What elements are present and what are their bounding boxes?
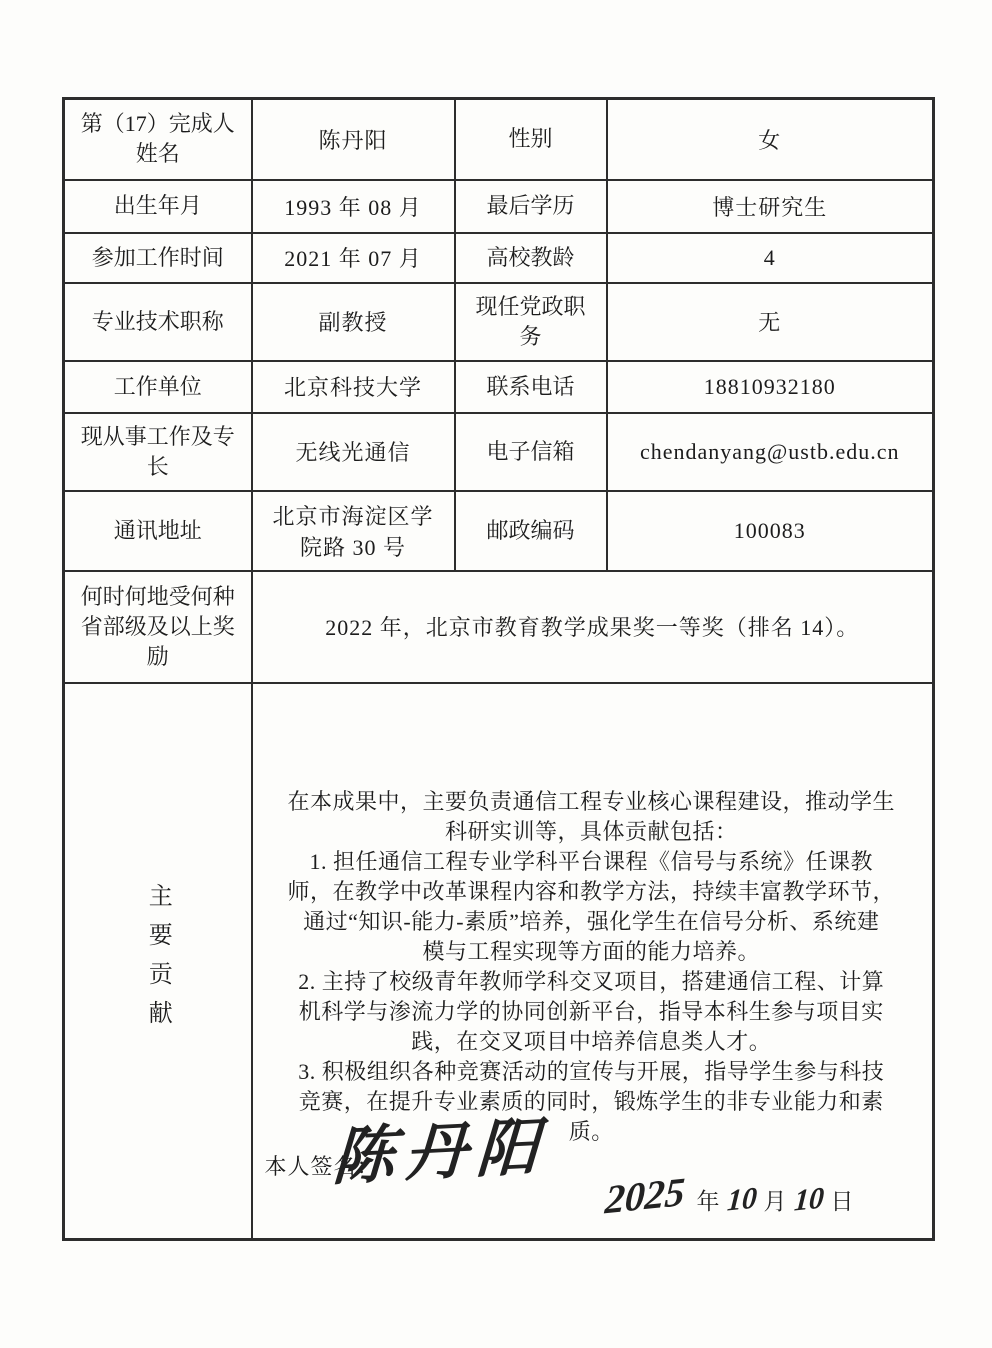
work-start-value: 2021 年 07 月 [252, 233, 455, 283]
employer-label: 工作单位 [64, 361, 252, 413]
contribution-line: 师，在教学中改革课程内容和教学方法，持续丰富教学环节， [275, 877, 909, 907]
postal-code-value: 100083 [607, 491, 934, 571]
postal-code-label: 邮政编码 [455, 491, 607, 571]
gender-label: 性别 [455, 99, 607, 180]
table-row: 专业技术职称 副教授 现任党政职务 无 [64, 283, 934, 361]
table-row: 工作单位 北京科技大学 联系电话 18810932180 [64, 361, 934, 413]
email-value: chendanyang@ustb.edu.cn [607, 413, 934, 491]
current-work-value: 无线光通信 [252, 413, 455, 491]
date-month: 10 [725, 1181, 757, 1219]
teaching-years-label: 高校教龄 [455, 233, 607, 283]
contribution-line: 在本成果中，主要负责通信工程专业核心课程建设，推动学生 [275, 787, 909, 817]
date-year: 2025 [603, 1167, 686, 1223]
birth-date-label: 出生年月 [64, 180, 252, 233]
teaching-years-value: 4 [607, 233, 934, 283]
contribution-line: 机科学与渗流力学的协同创新平台，指导本科生参与项目实 [275, 997, 909, 1027]
completer-name-value: 陈丹阳 [252, 99, 455, 180]
birth-date-value: 1993 年 08 月 [252, 180, 455, 233]
main-contribution-cell: 在本成果中，主要负责通信工程专业核心课程建设，推动学生 科研实训等，具体贡献包括… [252, 683, 934, 1240]
date-day: 10 [792, 1181, 824, 1219]
contribution-line: 1. 担任通信工程专业学科平台课程《信号与系统》任课教 [275, 847, 909, 877]
date-year-unit: 年 [697, 1189, 720, 1214]
main-contribution-text: 在本成果中，主要负责通信工程专业核心课程建设，推动学生 科研实训等，具体贡献包括… [263, 774, 923, 1147]
handwritten-signature: 陈丹阳 [330, 1096, 550, 1197]
scanned-form-page: 第（17）完成人姓名 陈丹阳 性别 女 出生年月 1993 年 08 月 最后学… [0, 0, 992, 1348]
professional-title-value: 副教授 [252, 283, 455, 361]
email-label: 电子信箱 [455, 413, 607, 491]
table-row: 参加工作时间 2021 年 07 月 高校教龄 4 [64, 233, 934, 283]
completer-name-label: 第（17）完成人姓名 [64, 99, 252, 180]
contribution-line: 通过“知识-能力-素质”培养，强化学生在信号分析、系统建 [275, 907, 909, 937]
mailing-address-label: 通讯地址 [64, 491, 252, 571]
phone-label: 联系电话 [455, 361, 607, 413]
party-position-label: 现任党政职务 [455, 283, 607, 361]
phone-value: 18810932180 [607, 361, 934, 413]
employer-value: 北京科技大学 [252, 361, 455, 413]
last-degree-value: 博士研究生 [607, 180, 934, 233]
gender-value: 女 [607, 99, 934, 180]
contribution-line: 3. 积极组织各种竞赛活动的宣传与开展，指导学生参与科技 [275, 1057, 909, 1087]
awards-value: 2022 年，北京市教育教学成果奖一等奖（排名 14）。 [252, 571, 934, 683]
table-row: 主要贡献 在本成果中，主要负责通信工程专业核心课程建设，推动学生 科研实训等，具… [64, 683, 934, 1240]
current-work-label: 现从事工作及专长 [64, 413, 252, 491]
contribution-line: 2. 主持了校级青年教师学科交叉项目，搭建通信工程、计算 [275, 967, 909, 997]
table-row: 何时何地受何种省部级及以上奖励 2022 年，北京市教育教学成果奖一等奖（排名 … [64, 571, 934, 683]
contribution-line: 模与工程实现等方面的能力培养。 [275, 937, 909, 967]
table-row: 现从事工作及专长 无线光通信 电子信箱 chendanyang@ustb.edu… [64, 413, 934, 491]
table-row: 出生年月 1993 年 08 月 最后学历 博士研究生 [64, 180, 934, 233]
contribution-line: 践，在交叉项目中培养信息类人才。 [275, 1027, 909, 1057]
main-contribution-label-cell: 主要贡献 [64, 683, 252, 1240]
party-position-value: 无 [607, 283, 934, 361]
handwritten-date: 2025 年 10 月 10 日 [605, 1172, 854, 1219]
date-day-unit: 日 [831, 1189, 854, 1214]
contribution-line: 科研实训等，具体贡献包括： [275, 817, 909, 847]
completer-info-table: 第（17）完成人姓名 陈丹阳 性别 女 出生年月 1993 年 08 月 最后学… [62, 97, 935, 1241]
professional-title-label: 专业技术职称 [64, 283, 252, 361]
date-month-unit: 月 [764, 1189, 787, 1214]
main-contribution-label: 主要贡献 [140, 876, 175, 1046]
mailing-address-value: 北京市海淀区学院路 30 号 [252, 491, 455, 571]
table-row: 通讯地址 北京市海淀区学院路 30 号 邮政编码 100083 [64, 491, 934, 571]
work-start-label: 参加工作时间 [64, 233, 252, 283]
table-row: 第（17）完成人姓名 陈丹阳 性别 女 [64, 99, 934, 180]
awards-label: 何时何地受何种省部级及以上奖励 [64, 571, 252, 683]
last-degree-label: 最后学历 [455, 180, 607, 233]
